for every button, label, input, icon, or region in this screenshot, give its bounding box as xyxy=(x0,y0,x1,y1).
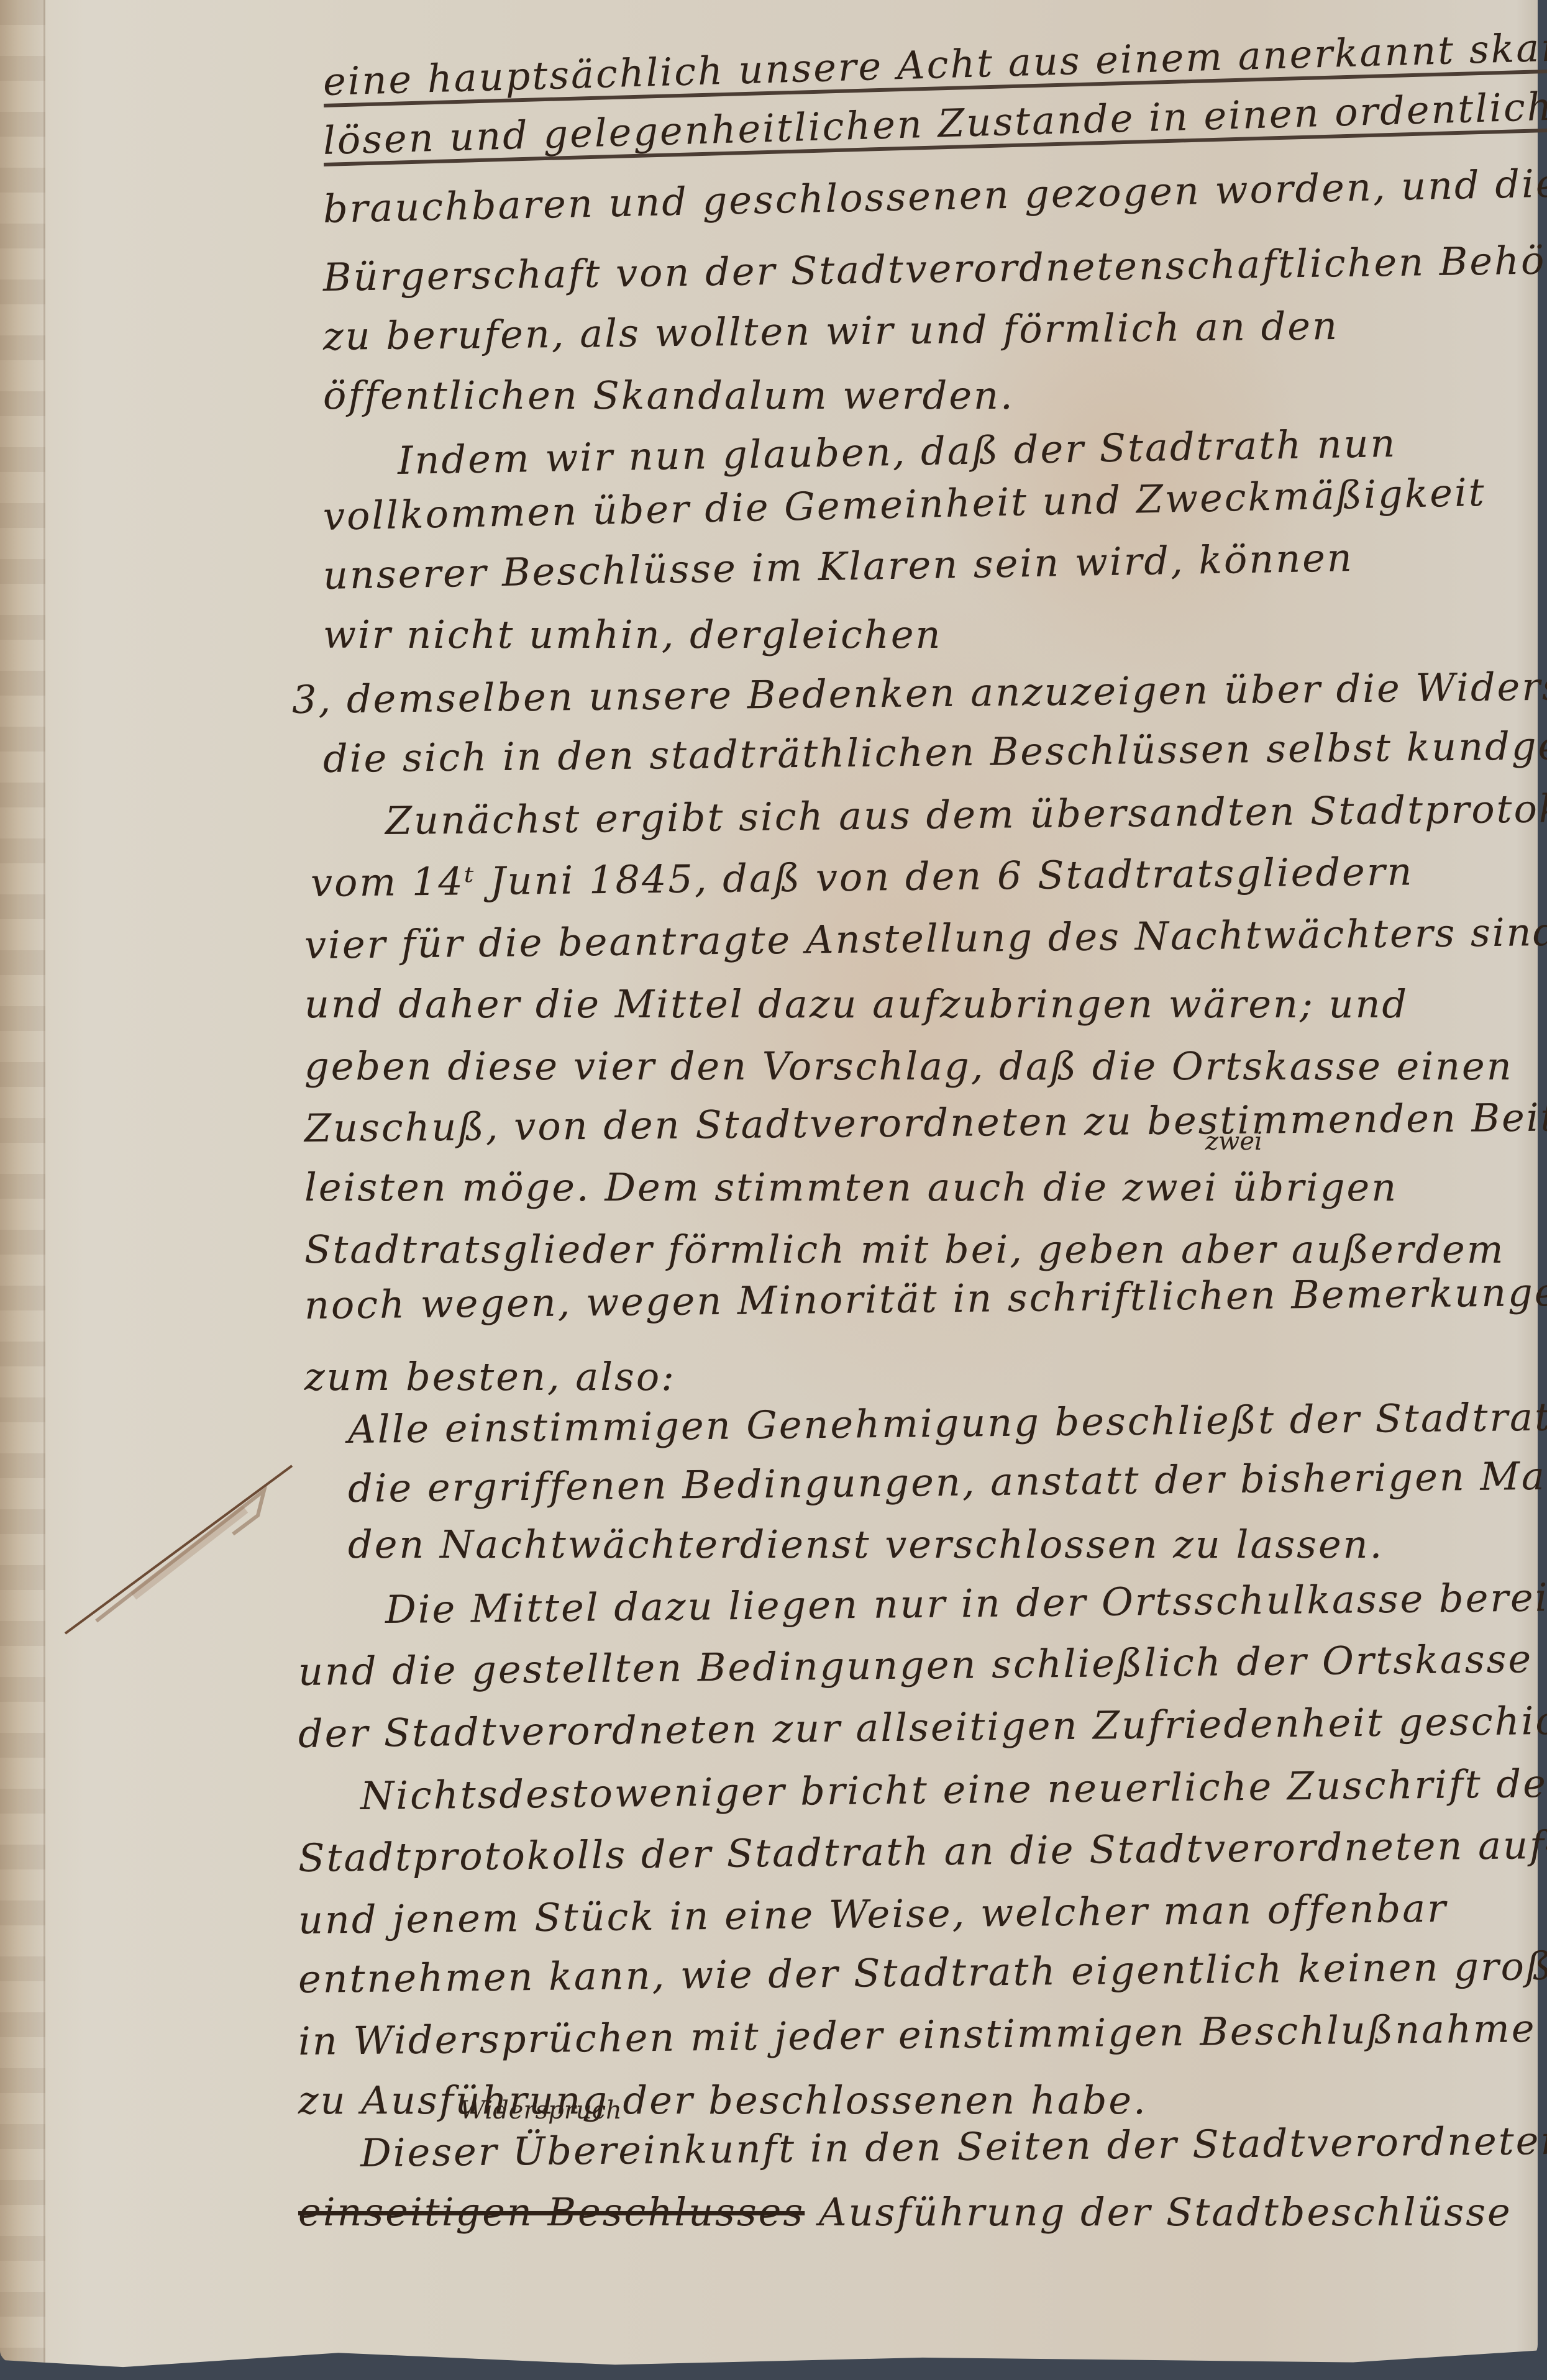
text-line: die sich in den stadträthlichen Beschlüs… xyxy=(323,722,1547,781)
text-line: einseitigen Beschlusses Ausführung der S… xyxy=(298,2189,1512,2235)
text-line: Die Mittel dazu liegen nur in der Ortssc… xyxy=(385,1574,1547,1632)
text-line: Stadtratsglieder förmlich mit bei, geben… xyxy=(304,1227,1505,1272)
text-line: vom 14ᵗ Juni 1845, daß von den 6 Stadtra… xyxy=(311,848,1414,906)
text-fragment: Ausführung der Stadtbeschlüsse xyxy=(805,2189,1512,2235)
text-line: brauchbaren und geschlossenen gezogen wo… xyxy=(322,157,1547,232)
text-line: Alle einstimmigen Genehmigung beschließt… xyxy=(348,1392,1547,1452)
text-line: und jenem Stück in eine Weise, welcher m… xyxy=(298,1886,1448,1943)
manuscript-text: eine hauptsächlich unsere Acht aus einem… xyxy=(0,0,1547,2380)
text-line: Zunächst ergibt sich aus dem übersandten… xyxy=(385,785,1547,843)
text-line: vier für die beantragte Anstellung des N… xyxy=(304,909,1547,968)
text-line: zu berufen, als wollten wir und förmlich… xyxy=(323,303,1339,359)
text-line: die ergriffenen Bedingungen, anstatt der… xyxy=(348,1451,1547,1511)
text-line: wir nicht umhin, dergleichen xyxy=(323,612,942,657)
text-line: und daher die Mittel dazu aufzubringen w… xyxy=(304,981,1408,1027)
text-line: öffentlichen Skandalum werden. xyxy=(323,373,1015,418)
struck-text: einseitigen Beschlusses xyxy=(298,2189,805,2235)
inserted-word: Widerspruch xyxy=(460,2096,622,2125)
text-line: zum besten, also: xyxy=(304,1354,676,1399)
text-line: Zuschuß, von den Stadtverordneten zu bes… xyxy=(304,1094,1547,1151)
text-line: entnehmen kann, wie der Stadtrath eigent… xyxy=(298,1942,1547,2002)
text-line: Nichtsdestoweniger bricht eine neuerlich… xyxy=(360,1761,1547,1819)
text-line: in Widersprüchen mit jeder einstimmigen … xyxy=(298,2005,1547,2064)
text-line: noch wegen, wegen Minorität in schriftli… xyxy=(304,1269,1547,1328)
text-line: und die gestellten Bedingungen schließli… xyxy=(298,1633,1547,1694)
text-line: Bürgerschaft von der Stadtverordnetensch… xyxy=(322,237,1547,300)
text-line: unserer Beschlüsse im Klaren sein wird, … xyxy=(322,535,1354,598)
text-line: geben diese vier den Vorschlag, daß die … xyxy=(304,1043,1513,1089)
text-line: der Stadtverordneten zur allseitigen Zuf… xyxy=(298,1697,1547,1756)
inserted-word: zwei xyxy=(1205,1127,1262,1156)
numbered-list-item: 3, demselben unsere Bedenken anzuzeigen … xyxy=(292,662,1547,722)
text-line: leisten möge. Dem stimmten auch die zwei… xyxy=(304,1165,1398,1210)
text-line: den Nachtwächterdienst verschlossen zu l… xyxy=(348,1522,1384,1567)
text-line: zu Ausführung der beschlossenen habe. xyxy=(298,2078,1148,2123)
text-line: Stadtprotokolls der Stadtrath an die Sta… xyxy=(298,1822,1547,1881)
